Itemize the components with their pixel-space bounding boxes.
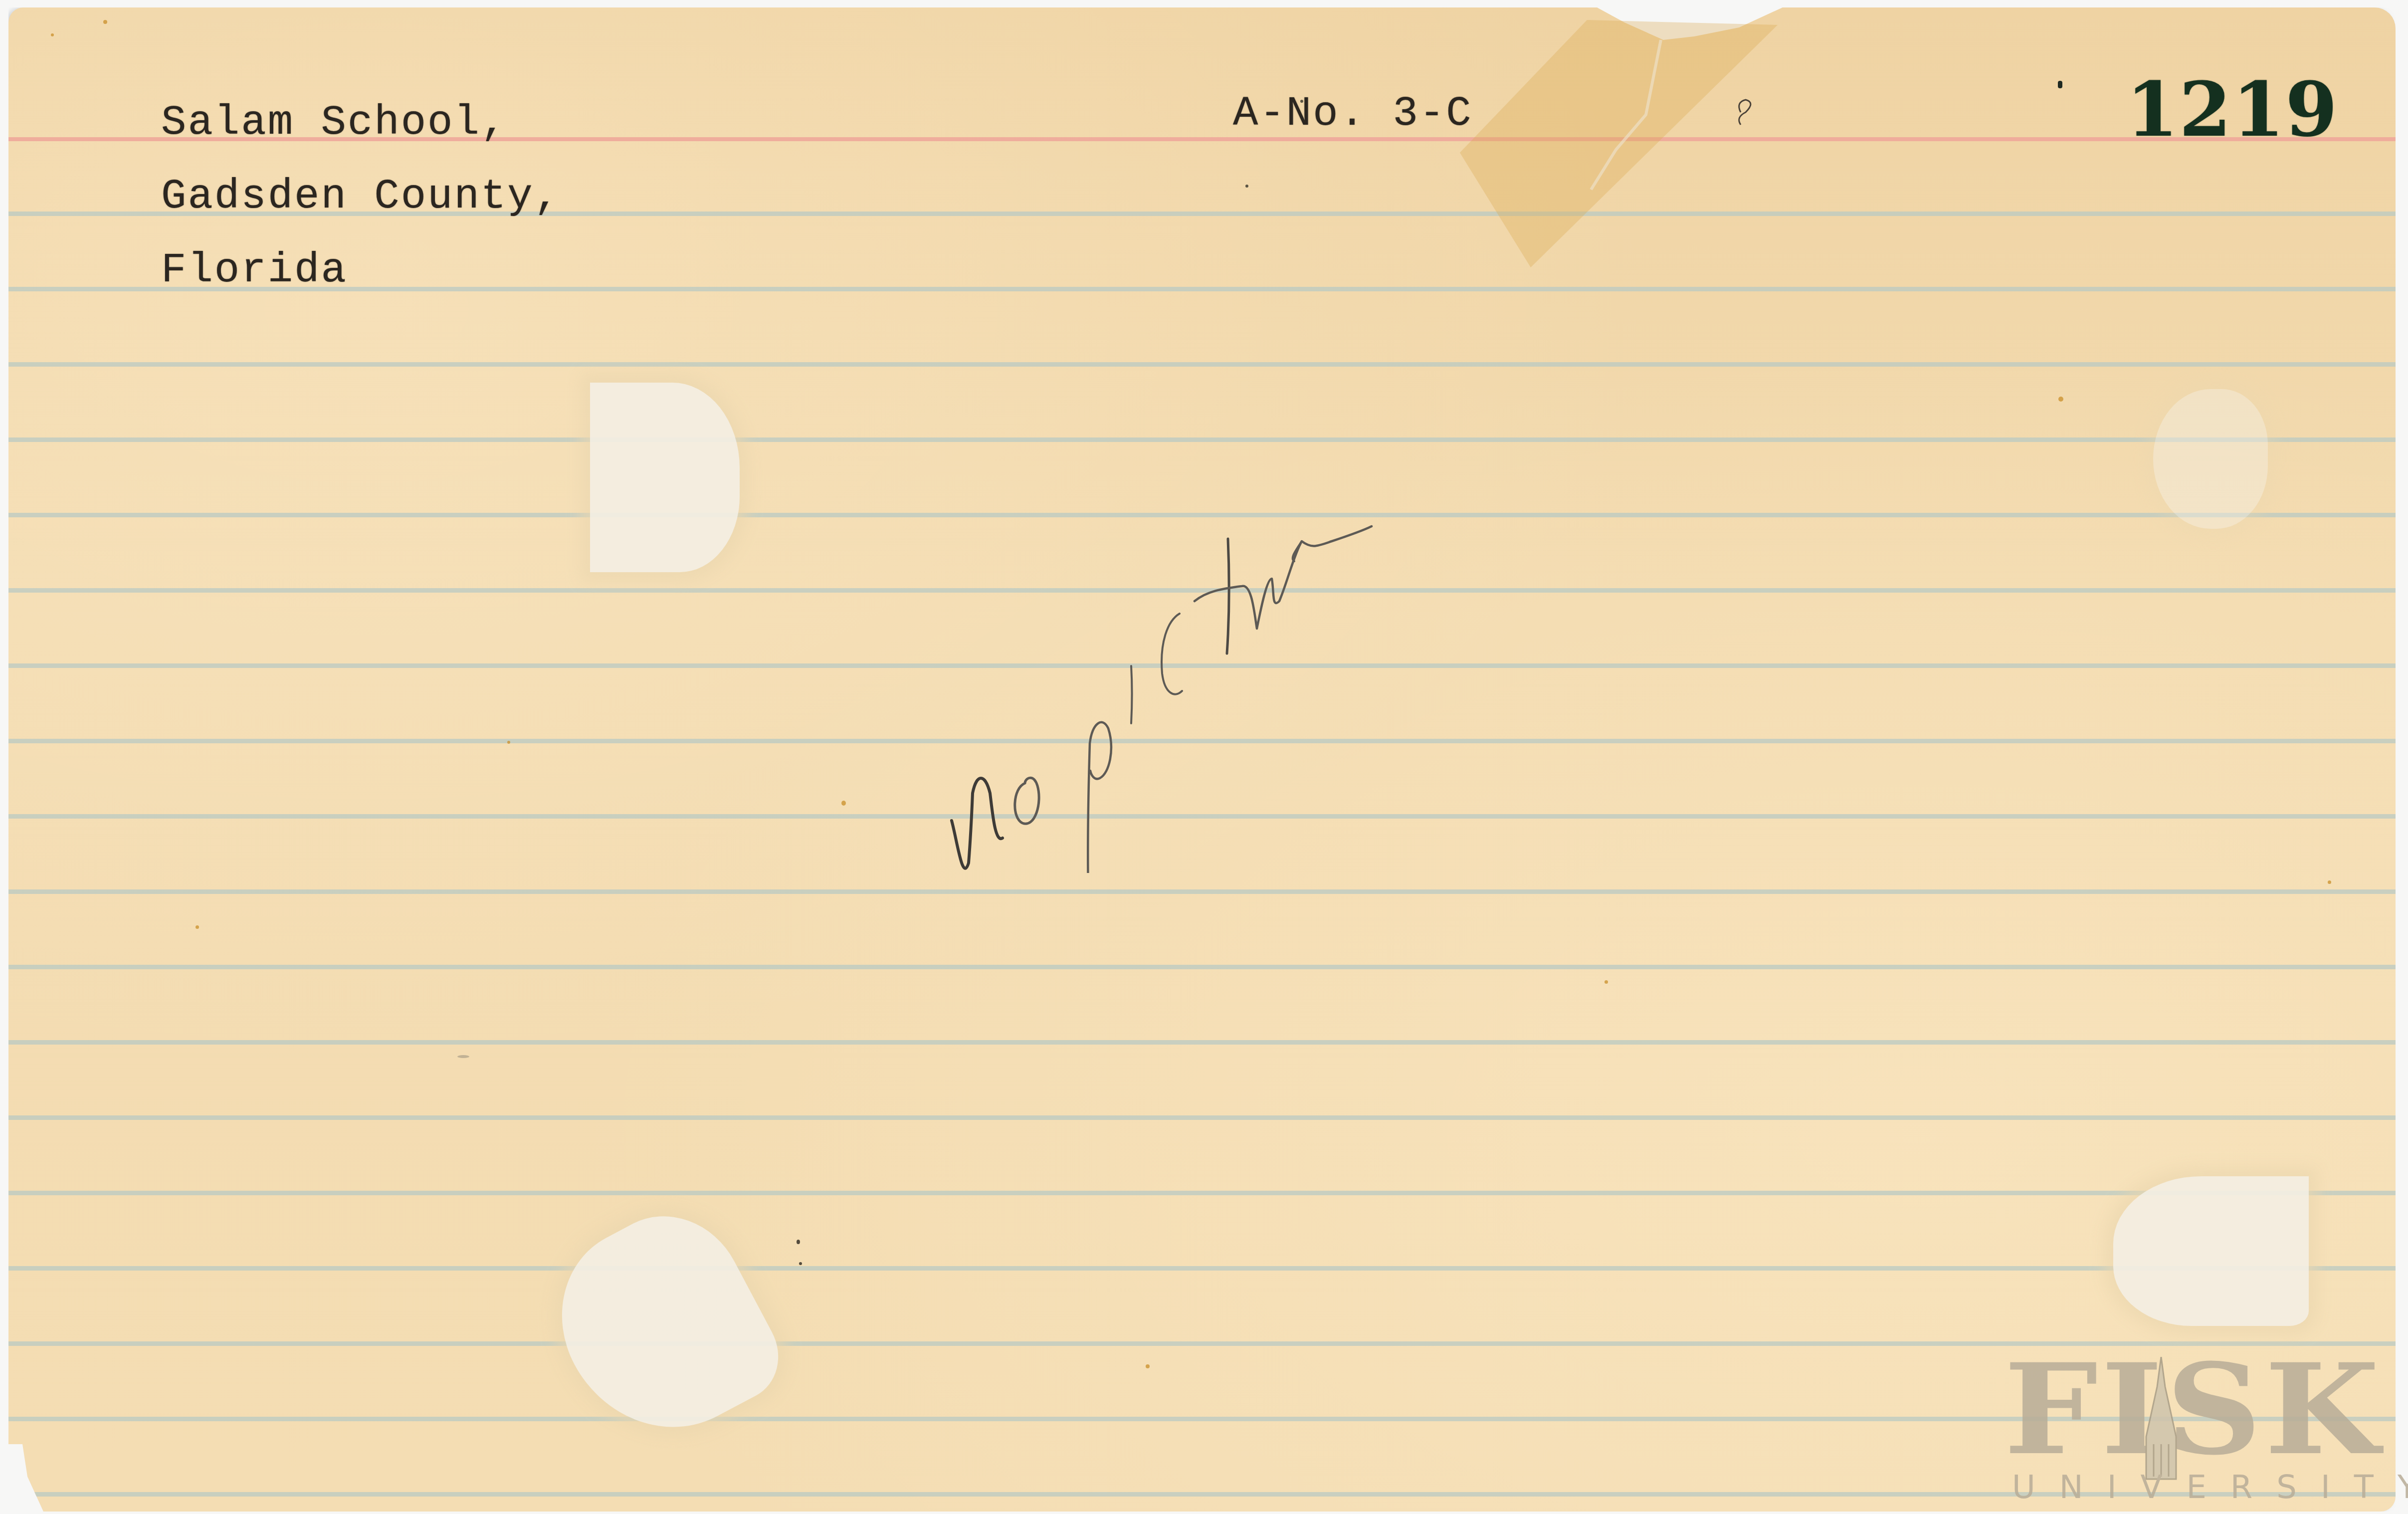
card-number: 1219 [2126,72,2338,147]
speck [2058,397,2063,402]
ruled-line [8,1191,2396,1195]
speck [507,741,510,744]
ruled-line [8,889,2396,894]
speck [797,1240,800,1244]
tick-mark [2058,81,2062,88]
watermark-subtitle: UNIVERSITY [2012,1472,2408,1504]
mounting-residue-patch [2113,1176,2309,1326]
mounting-residue-patch [590,383,740,572]
speck [2328,880,2331,884]
mounting-residue-patch [529,1190,795,1464]
ruled-line [8,1040,2396,1045]
speck [841,801,846,806]
handwritten-note: no picture [923,494,1511,873]
speck [1146,1364,1150,1368]
speck [1245,185,1248,188]
pencil-script-icon [923,494,1511,873]
speck [103,20,107,24]
chapel-spire-icon [2141,1357,2181,1482]
mounting-residue-patch [2153,389,2268,529]
speck [1605,980,1608,984]
ruled-line [8,1115,2396,1120]
ruled-line [8,362,2396,367]
ruled-line [8,287,2396,291]
ruled-line [8,1266,2396,1271]
speck [51,33,54,36]
speck [799,1262,802,1265]
fisk-university-watermark: FISK UNIVERSITY [2004,1347,2398,1507]
typed-state: Florida [161,250,348,292]
typed-county: Gadsden County, [161,176,561,218]
ruled-line [8,437,2396,442]
speck [457,1055,469,1058]
typed-school-name: Salam School, [161,102,507,144]
classification-code: A-No. 3-C [1233,93,1473,135]
speck [196,925,199,929]
ruled-line [8,965,2396,969]
watermark-title: FISK [2004,1347,2383,1472]
